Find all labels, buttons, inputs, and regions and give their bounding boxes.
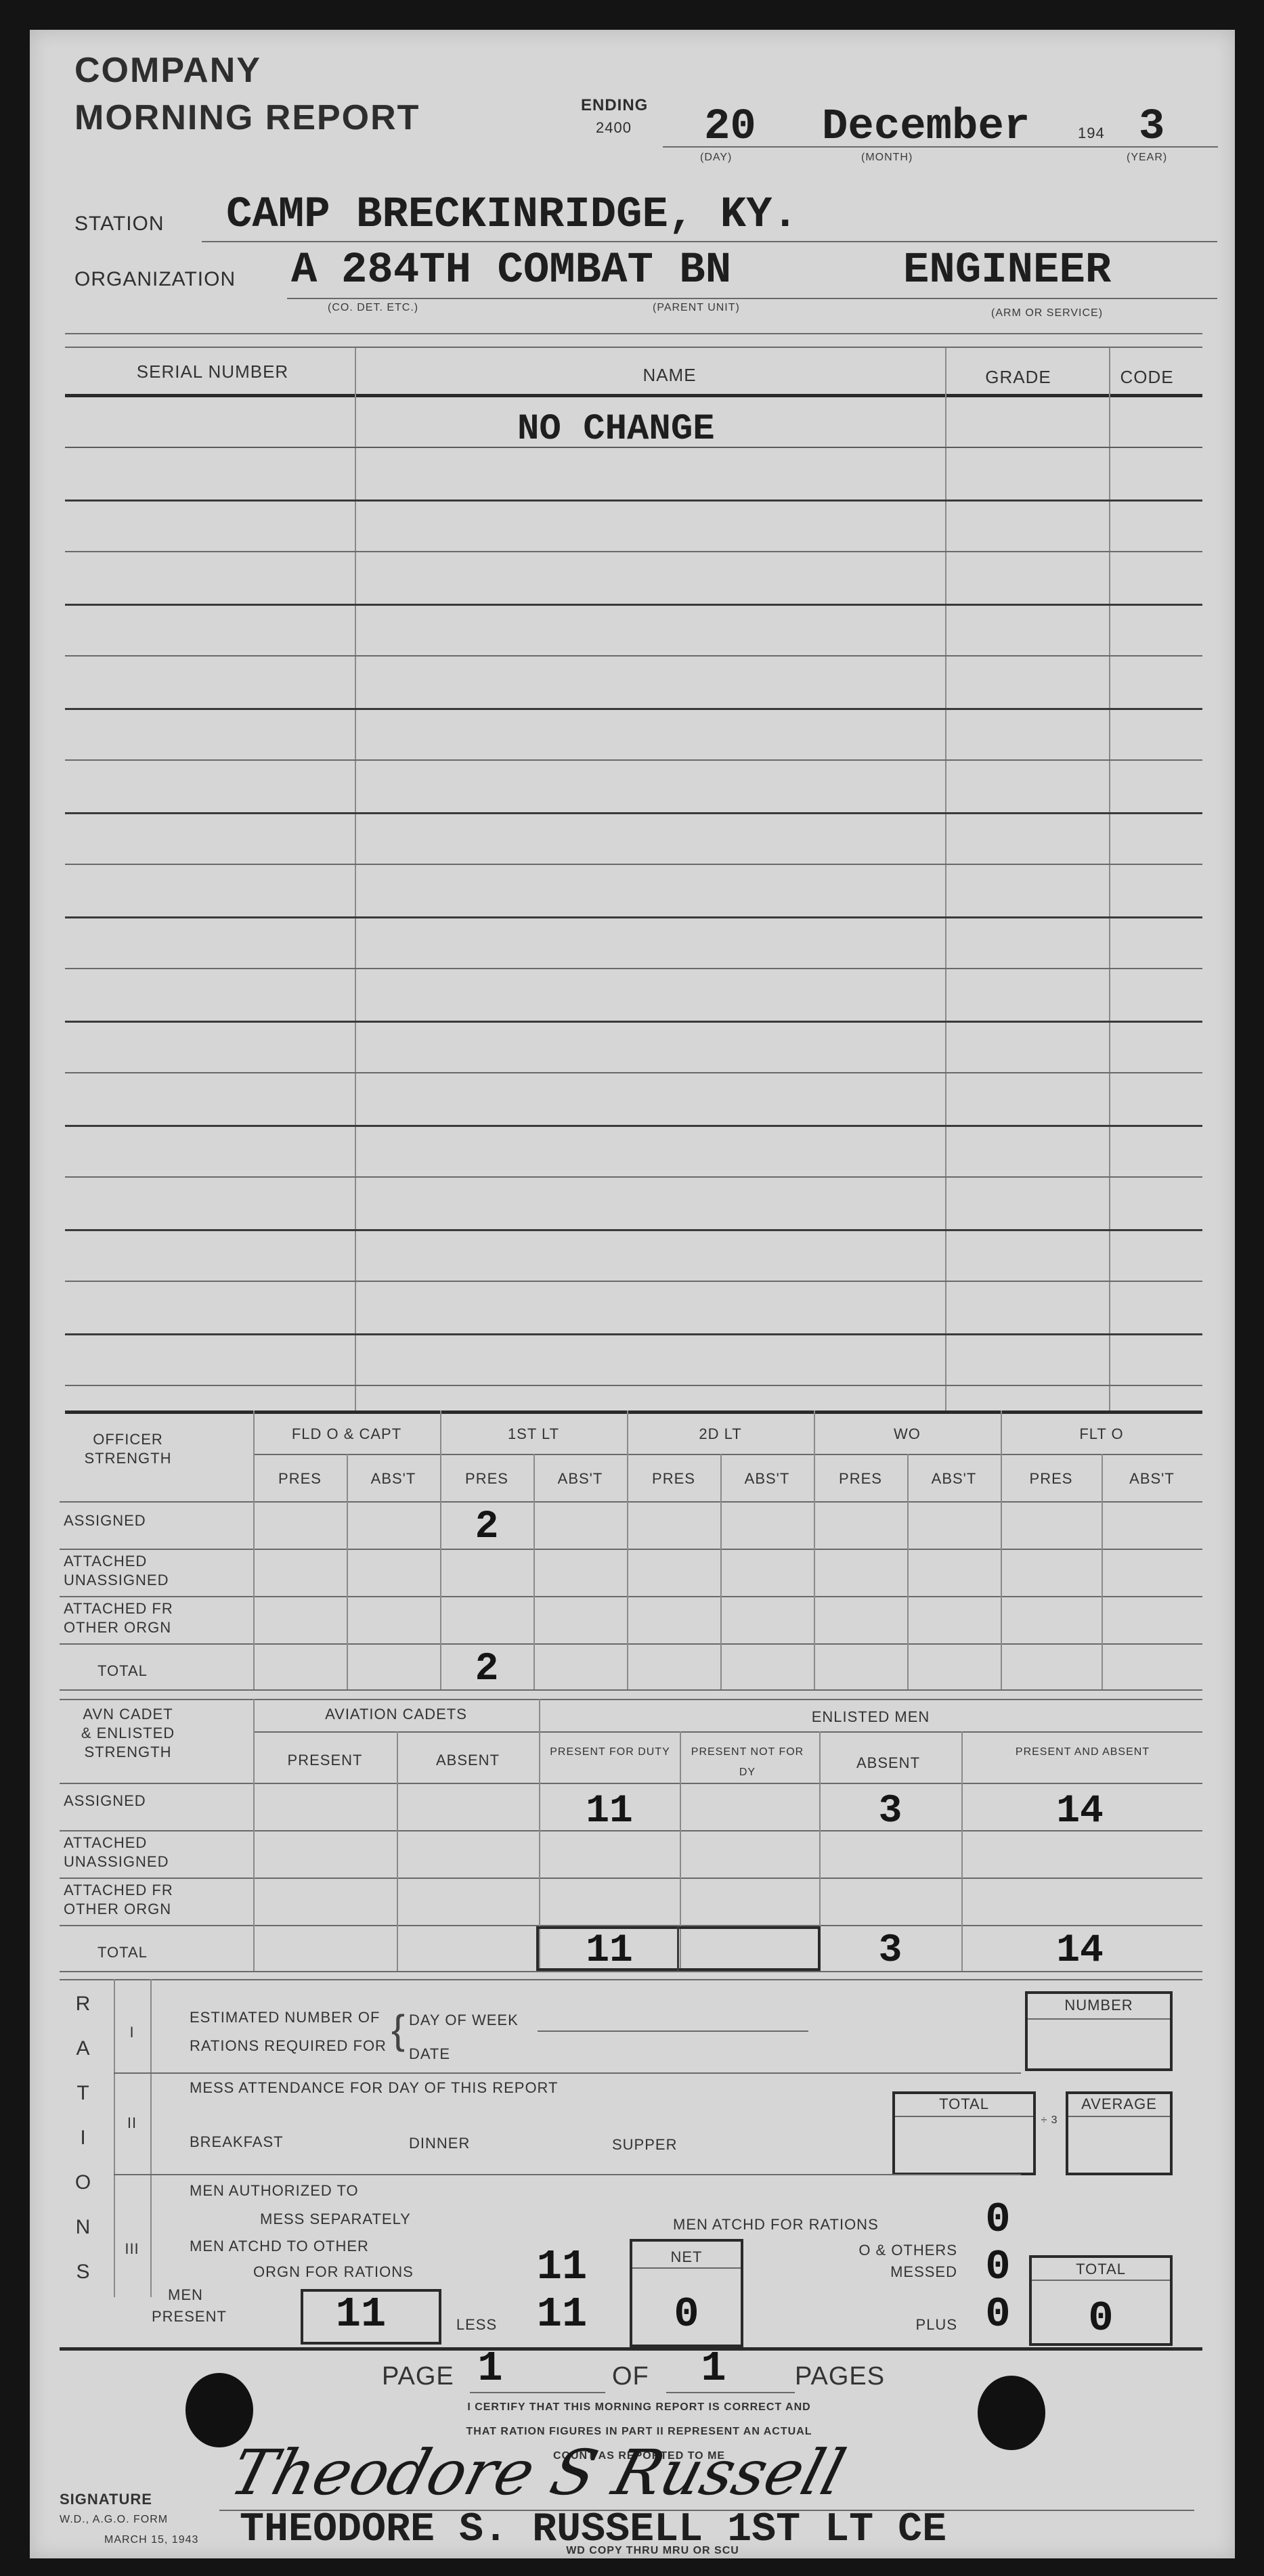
divider	[533, 1454, 535, 1689]
row-other-orgn: OTHER ORGN	[64, 1619, 171, 1637]
enlisted-strength-title-3: STRENGTH	[57, 1744, 199, 1761]
divider	[397, 1731, 398, 1971]
col-name: NAME	[382, 365, 957, 386]
men-authorized-label-2: MESS SEPARATELY	[260, 2211, 411, 2228]
subcol-pres: PRES	[1001, 1470, 1102, 1488]
part-iii-numeral: III	[116, 2240, 148, 2258]
men-atchd-other-value: 11	[528, 2243, 596, 2291]
station-value: CAMP BRECKINRIDGE, KY.	[226, 191, 798, 240]
morning-report-form: COMPANY MORNING REPORT ENDING 2400 20 (D…	[30, 30, 1235, 2558]
rule	[65, 1229, 1202, 1231]
rule	[65, 347, 1202, 348]
row-unassigned: UNASSIGNED	[64, 1572, 169, 1589]
enlisted-strength-title-2: & ENLISTED	[57, 1725, 199, 1742]
rule	[60, 1549, 1202, 1550]
mess-attendance-label: MESS ATTENDANCE FOR DAY OF THIS REPORT	[190, 2079, 558, 2097]
enlisted-assigned-absent: 3	[819, 1790, 961, 1834]
col-serial-number: SERIAL NUMBER	[91, 361, 334, 382]
rations-letter: N	[73, 2216, 93, 2239]
rule	[65, 1411, 1202, 1414]
others-messed-label-1: O & OTHERS	[788, 2242, 957, 2259]
rule	[895, 2116, 1033, 2117]
dinner-label: DINNER	[409, 2135, 470, 2152]
row-attached-fr: ATTACHED FR	[64, 1882, 173, 1899]
rule	[65, 551, 1202, 552]
men-authorized-label-1: MEN AUTHORIZED TO	[190, 2182, 359, 2200]
rule	[65, 1125, 1202, 1127]
rule	[253, 1454, 1202, 1455]
rule	[65, 1385, 1202, 1386]
subcol-present-not-for-duty: PRESENT NOT FOR DY	[681, 1742, 814, 1783]
month-caption: (MONTH)	[861, 152, 913, 164]
net-value: 0	[632, 2290, 741, 2338]
rule	[65, 1072, 1202, 1073]
part-ii-numeral: II	[116, 2114, 148, 2132]
part-i-label-1: ESTIMATED NUMBER OF	[190, 2009, 380, 2026]
rule	[65, 1333, 1202, 1335]
subcol-abst: ABS'T	[533, 1470, 627, 1488]
plus-value: 0	[978, 2290, 1018, 2338]
divider	[1109, 348, 1110, 1411]
rule	[60, 1699, 1202, 1700]
subcol-cadets-absent: ABSENT	[397, 1752, 539, 1769]
divider	[1001, 1411, 1002, 1689]
divider	[814, 1411, 815, 1689]
rations-letter: R	[73, 1993, 93, 2016]
rule	[65, 759, 1202, 761]
rule	[470, 2392, 605, 2393]
form-date: MARCH 15, 1943	[104, 2534, 198, 2546]
group-1st-lt: 1ST LT	[440, 1425, 627, 1443]
handwritten-signature: Theodore S Russell	[223, 2437, 853, 2509]
company-caption: (CO. DET. ETC.)	[328, 302, 418, 314]
rule	[1032, 2280, 1170, 2281]
report-year: 3	[1139, 103, 1164, 152]
officer-assigned-1st-lt-pres: 2	[440, 1505, 533, 1549]
divider	[720, 1454, 722, 1689]
less-label: LESS	[450, 2316, 504, 2334]
rule	[65, 604, 1202, 606]
rations-letter: S	[73, 2261, 93, 2284]
subcol-pres: PRES	[814, 1470, 907, 1488]
divider	[253, 1699, 255, 1971]
rule	[65, 1176, 1202, 1178]
certification-line-1: I CERTIFY THAT THIS MORNING REPORT IS CO…	[341, 2401, 937, 2414]
subcol-pres: PRES	[627, 1470, 720, 1488]
divider	[150, 1979, 152, 2297]
subcol-pres: PRES	[253, 1470, 347, 1488]
rations-letter: T	[73, 2082, 93, 2105]
less-value: 11	[528, 2290, 596, 2338]
rule	[65, 499, 1202, 502]
arm-service-caption: (ARM OR SERVICE)	[991, 307, 1103, 319]
station-underline	[202, 241, 1217, 242]
day-of-week-label: DAY OF WEEK	[409, 2012, 519, 2029]
officer-strength-title-1: OFFICER	[57, 1431, 199, 1448]
signature-label: SIGNATURE	[60, 2491, 152, 2508]
row-attached: ATTACHED	[64, 1553, 147, 1570]
rations-letter: O	[73, 2171, 93, 2194]
men-atchd-other-label-1: MEN ATCHD TO OTHER	[190, 2238, 369, 2255]
roster-entry-no-change: NO CHANGE	[517, 409, 715, 450]
subcol-abst: ABS'T	[907, 1470, 1001, 1488]
rule	[65, 394, 1202, 397]
rule	[65, 916, 1202, 918]
net-label: NET	[632, 2248, 741, 2266]
plus-label: PLUS	[856, 2316, 957, 2334]
average-label: AVERAGE	[1068, 2095, 1170, 2113]
date-label: DATE	[409, 2045, 450, 2063]
rule	[1068, 2116, 1170, 2117]
brace-icon: {	[391, 2006, 405, 2053]
men-present-label-1: MEN	[152, 2286, 219, 2304]
subcol-absent: ABSENT	[821, 1754, 956, 1772]
enlisted-total-present-and-absent: 14	[961, 1929, 1198, 1973]
year-caption: (YEAR)	[1127, 152, 1167, 164]
group-2d-lt: 2D LT	[627, 1425, 814, 1443]
col-grade: GRADE	[951, 367, 1086, 388]
men-atchd-rations-value: 0	[978, 2196, 1018, 2244]
others-messed-value: 0	[978, 2243, 1018, 2291]
of-label: OF	[612, 2362, 649, 2391]
others-messed-label-2: MESSED	[788, 2263, 957, 2281]
enlisted-assigned-present-and-absent: 14	[961, 1790, 1198, 1834]
ending-time: 2400	[596, 119, 632, 137]
subcol-abst: ABS'T	[1102, 1470, 1202, 1488]
parent-unit-caption: (PARENT UNIT)	[653, 302, 740, 314]
men-atchd-rations-label: MEN ATCHD FOR RATIONS	[673, 2216, 879, 2234]
rule	[666, 2392, 795, 2393]
rule	[65, 708, 1202, 710]
enlisted-total-present-for-duty: 11	[539, 1929, 680, 1973]
divider	[1102, 1454, 1103, 1689]
row-assigned: ASSIGNED	[64, 1792, 146, 1810]
subcol-abst: ABS'T	[347, 1470, 440, 1488]
form-title-company: COMPANY	[74, 50, 261, 91]
rations-letter: I	[73, 2127, 93, 2150]
rule	[65, 812, 1202, 814]
rule	[60, 1596, 1202, 1597]
part-i-numeral: I	[116, 2024, 148, 2041]
punch-hole-right	[978, 2376, 1045, 2450]
row-other-orgn: OTHER ORGN	[64, 1901, 171, 1918]
row-unassigned: UNASSIGNED	[64, 1853, 169, 1871]
number-label: NUMBER	[1028, 1997, 1170, 2014]
row-total: TOTAL	[97, 1944, 148, 1961]
rule	[65, 968, 1202, 969]
supper-label: SUPPER	[612, 2136, 677, 2154]
row-total: TOTAL	[97, 1662, 148, 1680]
rations-total-label: TOTAL	[1032, 2261, 1170, 2278]
divider	[907, 1454, 909, 1689]
subcol-pres: PRES	[440, 1470, 533, 1488]
rule	[65, 447, 1202, 448]
rule	[60, 1501, 1202, 1503]
rule	[65, 655, 1202, 657]
rule	[60, 1643, 1202, 1645]
report-day: 20	[704, 103, 756, 152]
breakfast-label: BREAKFAST	[190, 2133, 284, 2151]
rule	[538, 2030, 808, 2032]
organization-company: A	[291, 246, 317, 295]
day-caption: (DAY)	[700, 152, 732, 164]
rule	[65, 864, 1202, 865]
pages-label: PAGES	[795, 2362, 885, 2391]
rule	[632, 2267, 741, 2269]
part-i-label-2: RATIONS REQUIRED FOR	[190, 2037, 387, 2055]
enlisted-strength-title-1: AVN CADET	[57, 1706, 199, 1723]
divide-by-three: ÷ 3	[1036, 2114, 1063, 2127]
report-month: December	[822, 103, 1030, 152]
enlisted-total-absent: 3	[819, 1929, 961, 1973]
form-title-morning-report: MORNING REPORT	[74, 97, 420, 138]
page-label: PAGE	[382, 2362, 454, 2391]
rule	[60, 1783, 1202, 1784]
rule	[253, 1731, 1202, 1733]
organization-underline	[287, 298, 1217, 299]
rule	[1028, 2018, 1170, 2020]
year-prefix: 194	[1078, 125, 1105, 142]
divider	[355, 348, 356, 1411]
subcol-present-for-duty: PRESENT FOR DUTY	[546, 1742, 674, 1762]
rule	[60, 1689, 1202, 1691]
rule	[114, 2072, 1021, 2074]
enlisted-men-header: ENLISTED MEN	[539, 1708, 1202, 1726]
men-present-label-2: PRESENT	[152, 2308, 219, 2326]
men-present-value: 11	[303, 2290, 418, 2338]
ending-label: ENDING	[581, 96, 648, 115]
mess-total-label: TOTAL	[895, 2095, 1033, 2113]
officer-total-1st-lt-pres: 2	[440, 1647, 533, 1691]
divider	[945, 348, 946, 1411]
rule	[65, 1281, 1202, 1282]
copy-note: WD COPY THRU MRU OR SCU	[450, 2545, 856, 2557]
subcol-present-and-absent: PRESENT AND ABSENT	[971, 1742, 1194, 1762]
subcol-abst: ABS'T	[720, 1470, 814, 1488]
rule	[60, 1979, 1202, 1980]
rations-letter: A	[73, 2037, 93, 2060]
organization-arm-service: ENGINEER	[903, 246, 1111, 295]
rule	[65, 333, 1202, 334]
divider	[253, 1411, 255, 1689]
col-code: CODE	[1086, 367, 1208, 388]
row-assigned: ASSIGNED	[64, 1512, 146, 1530]
subcol-cadets-present: PRESENT	[253, 1752, 397, 1769]
station-label: STATION	[74, 213, 165, 236]
divider	[627, 1411, 628, 1689]
rule	[65, 1021, 1202, 1023]
page-number: 1	[470, 2345, 510, 2393]
row-attached-fr: ATTACHED FR	[64, 1600, 173, 1618]
men-atchd-other-label-2: ORGN FOR RATIONS	[253, 2263, 414, 2281]
form-number: W.D., A.G.O. FORM	[60, 2514, 168, 2526]
row-attached: ATTACHED	[64, 1834, 147, 1852]
group-wo: WO	[814, 1425, 1001, 1443]
enlisted-assigned-present-for-duty: 11	[539, 1790, 680, 1834]
page-total: 1	[693, 2345, 734, 2393]
group-flt-o: FLT O	[1001, 1425, 1202, 1443]
organization-parent-unit: 284TH COMBAT BN	[341, 246, 731, 295]
rule	[60, 2347, 1202, 2351]
divider	[347, 1454, 348, 1689]
divider	[114, 1979, 115, 2297]
aviation-cadets-header: AVIATION CADETS	[253, 1706, 539, 1723]
organization-label: ORGANIZATION	[74, 268, 236, 291]
rule	[60, 1878, 1202, 1879]
rule	[114, 2174, 1021, 2175]
group-fld-o-capt: FLD O & CAPT	[253, 1425, 440, 1443]
rations-total-value: 0	[1032, 2294, 1170, 2342]
officer-strength-title-2: STRENGTH	[57, 1450, 199, 1467]
